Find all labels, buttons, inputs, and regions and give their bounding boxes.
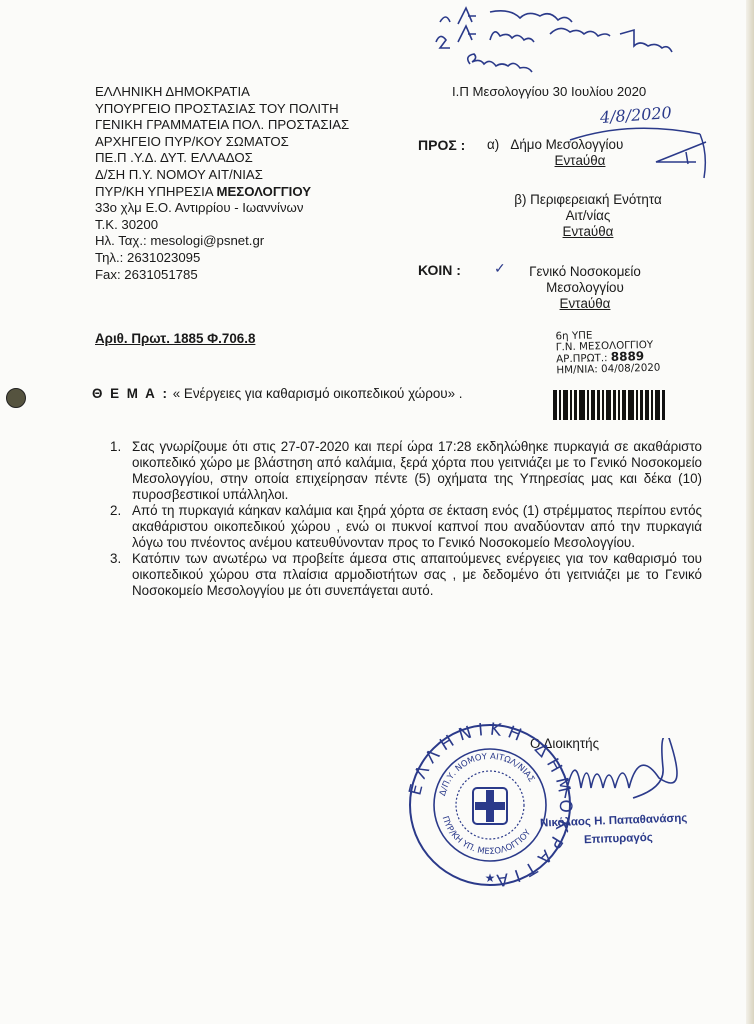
sender-line: ΓΕΝΙΚΗ ΓΡΑΜΜΑΤΕΙΑ ΠΟΛ. ΠΡΟΣΤΑΣΙΑΣ <box>95 117 349 134</box>
signatory-rank: Επιπυραγός <box>584 832 653 846</box>
phone: Τηλ.: 2631023095 <box>95 250 349 267</box>
barcode-bar <box>618 390 620 420</box>
barcode-bar <box>559 390 561 420</box>
sender-block: ΕΛΛΗΝΙΚΗ ΔΗΜΟΚΡΑΤΙΑ ΥΠΟΥΡΓΕΙΟ ΠΡΟΣΤΑΣΙΑΣ… <box>95 84 349 283</box>
to-label: ΠΡΟΣ : <box>418 137 465 153</box>
sender-line: ΥΠΟΥΡΓΕΙΟ ΠΡΟΣΤΑΣΙΑΣ ΤΟΥ ΠΟΛΙΤΗ <box>95 101 349 118</box>
checkmark-icon: ✓ <box>494 260 506 277</box>
document-page: 1. Αν Διοίκηση 2. Αν Πρόεδρος Επιτροπής … <box>0 0 754 1024</box>
barcode-bar <box>628 390 634 420</box>
koin-line1: Γενικό Νοσοκομείο <box>510 264 660 280</box>
barcode <box>553 390 713 420</box>
sender-line: ΕΛΛΗΝΙΚΗ ΔΗΜΟΚΡΑΤΙΑ <box>95 84 349 101</box>
barcode-bar <box>655 390 660 420</box>
received-date: 04/08/2020 <box>601 362 661 376</box>
koin-line2: Μεσολογγίου <box>510 280 660 296</box>
recipient-b-line2: Αιτ/νίας <box>498 208 678 224</box>
barcode-bar <box>587 390 589 420</box>
recipient-b-place: Εντaύθα <box>498 224 678 240</box>
subject-text: « Ενέργειες για καθαρισμό οικοπεδικού χώ… <box>169 386 463 401</box>
handwritten-mark <box>560 122 720 182</box>
barcode-bar <box>606 390 611 420</box>
handwritten-signature <box>555 738 695 808</box>
sender-line: Δ/ΣΗ Π.Υ. ΝΟΜΟΥ ΑΙΤ/ΝΙΑΣ <box>95 167 349 184</box>
body-list: 1. Σας γνωρίζουμε ότι στις 27-07-2020 κα… <box>110 439 702 599</box>
fax: Fax: 2631051785 <box>95 267 349 284</box>
address: 33ο χλμ Ε.Ο. Αντιρρίου - Ιωαννίνων <box>95 200 349 217</box>
service-line: ΠΥΡ/ΚΗ ΥΠΗΡΕΣΙΑ ΜΕΣΟΛΟΓΓΙΟΥ <box>95 184 349 201</box>
barcode-bar <box>553 390 557 420</box>
barcode-bar <box>570 390 572 420</box>
email-address: mesologi@psnet.gr <box>150 233 264 248</box>
received-stamp: 6η ΥΠΕ Γ.Ν. ΜΕΣΟΛΟΓΓΙΟΥ ΑΡ.ΠΡΩΤ.: 8889 Η… <box>555 329 660 377</box>
barcode-bar <box>574 390 577 420</box>
koin-place: Εντaύθα <box>510 296 660 312</box>
barcode-bar <box>651 390 653 420</box>
dateline: Ι.Π Μεσολογγίου 30 Ιουλίου 2020 <box>452 84 646 99</box>
paper-edge <box>746 0 754 1024</box>
barcode-bar <box>640 390 643 420</box>
barcode-bar <box>597 390 600 420</box>
barcode-bar <box>591 390 595 420</box>
koin-recipient: Γενικό Νοσοκομείο Μεσολογγίου Εντaύθα <box>510 264 660 312</box>
barcode-bar <box>563 390 568 420</box>
barcode-bar <box>602 390 604 420</box>
official-seal: ΕΛΛΗΝΙΚΗ ΔΗΜΟΚΡΑΤΙΑ Δ/Π.Υ. ΝΟΜΟΥ ΑΙΤΩΛ/Ν… <box>405 720 575 890</box>
sender-line: ΠΕ.Π .Υ.Δ. ΔΥΤ. ΕΛΛΑΔΟΣ <box>95 150 349 167</box>
sender-line: ΑΡΧΗΓΕΙΟ ΠΥΡ/ΚΟΥ ΣΩΜΑΤΟΣ <box>95 134 349 151</box>
handwritten-notes <box>430 4 754 84</box>
punch-hole <box>6 388 26 408</box>
service-name: ΜΕΣΟΛΟΓΓΙΟΥ <box>217 184 312 199</box>
barcode-bar <box>622 390 626 420</box>
koin-label: ΚΟΙΝ : <box>418 262 461 278</box>
protocol-reference: Αριθ. Πρωτ. 1885 Φ.706.8 <box>95 331 255 346</box>
subject-label: Θ Ε Μ Α : <box>92 386 169 401</box>
list-item: 3. Κατόπιν των ανωτέρω να προβείτε άμεσα… <box>110 551 702 599</box>
email-line: Ηλ. Ταχ.: mesologi@psnet.gr <box>95 233 349 250</box>
barcode-bar <box>636 390 638 420</box>
barcode-bar <box>613 390 616 420</box>
recipient-b-line1: β) Περιφερειακή Ενότητα <box>498 192 678 208</box>
subject-line: Θ Ε Μ Α : « Ενέργειες για καθαρισμό οικο… <box>92 386 463 401</box>
barcode-bar <box>662 390 665 420</box>
postal-code: Τ.Κ. 30200 <box>95 217 349 234</box>
svg-text:★: ★ <box>485 871 496 885</box>
barcode-bar <box>579 390 585 420</box>
list-item: 2. Από τη πυρκαγιά κάηκαν καλάμια και ξη… <box>110 503 702 551</box>
recipient-b: β) Περιφερειακή Ενότητα Αιτ/νίας Εντaύθα <box>498 192 678 240</box>
list-item: 1. Σας γνωρίζουμε ότι στις 27-07-2020 κα… <box>110 439 702 503</box>
barcode-bar <box>645 390 649 420</box>
